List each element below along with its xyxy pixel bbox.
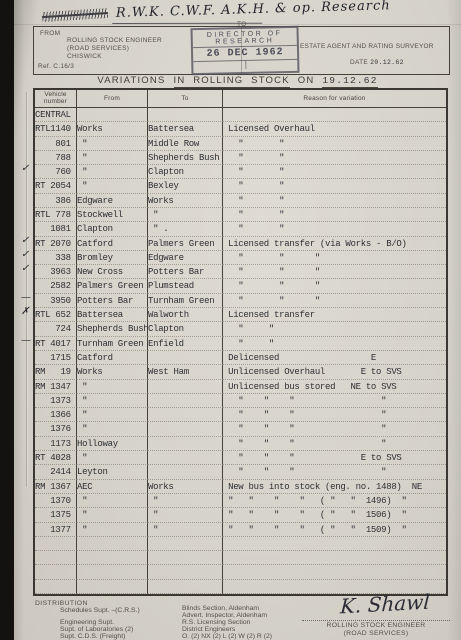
reason-cell — [223, 108, 446, 122]
distribution-list-1: Schedules Supt. –(C.R.S.)Engineering Sup… — [60, 607, 140, 640]
table-row: RTL 652BatterseaWalworth Licensed transf… — [35, 308, 446, 322]
vehicle-cell: RT 2070 — [35, 237, 77, 251]
from-cell: " — [77, 408, 148, 422]
handwritten-note-text: R.W.K. C.W.F. A.K.H. & op. Research — [116, 0, 391, 21]
vehicle-cell: 788 — [35, 151, 77, 165]
distribution-list-2: Blinds Section, AldenhamAdvert. Inspecto… — [182, 605, 272, 640]
table-row: RT 4017Turnham GreenEnfield " "— — [35, 337, 446, 351]
vehicle-cell: 1373 — [35, 394, 77, 408]
date-label: DATE — [350, 59, 368, 66]
col-header-vehicle: Vehicle number — [35, 90, 77, 107]
distribution-label: DISTRIBUTION — [35, 600, 88, 607]
col-header-from: From — [77, 90, 148, 107]
vehicle-cell: RM 1367 — [35, 480, 77, 494]
from-cell — [77, 108, 148, 122]
table-row: 1376 " " " " " — [35, 422, 446, 436]
reason-cell: " " " " ( " " 1506) " — [223, 508, 446, 522]
vehicle-cell: 1375 — [35, 508, 77, 522]
from-label: FROM — [40, 30, 60, 37]
table-row: 1375 " " " " " " ( " " 1506) " — [35, 508, 446, 522]
table-row: RT 2054 "Bexley " " — [35, 179, 446, 193]
distribution-item: Engineering Supt. — [60, 619, 140, 626]
reference-number: Ref. C.16/3 — [38, 63, 74, 70]
from-cell: Shepherds Bush — [77, 322, 148, 336]
received-stamp: DIRECTOR OF RESEARCH 26 DEC 1962 — [190, 26, 299, 75]
reason-cell — [223, 537, 446, 551]
table-row: RT 2070CatfordPalmers Green Licensed tra… — [35, 237, 446, 251]
table-row: 3950Potters BarTurnham Green " " "— — [35, 294, 446, 308]
col-header-to: To — [148, 90, 223, 107]
margin-mark: ✓ — [21, 235, 33, 246]
vehicle-cell — [35, 551, 77, 565]
vehicle-cell: RT 4028 — [35, 451, 77, 465]
distribution-item: Blinds Section, Aldenham — [182, 605, 272, 612]
vehicle-cell: 1366 — [35, 408, 77, 422]
scanned-document-sheet: R.W.K. C.W.F. A.K.H. & op. Research FROM… — [14, 0, 461, 640]
from-cell: " — [77, 451, 148, 465]
to-cell: Middle Row — [148, 137, 223, 151]
vehicle-cell: 3963 — [35, 265, 77, 279]
reason-cell: " " " — [223, 265, 446, 279]
table-row: 724Shepherds BushClapton " " — [35, 322, 446, 336]
table-row: RTL1140WorksBattersea Licensed Overhaul — [35, 122, 446, 136]
title-part2: IN ROLLING STOCK — [174, 75, 290, 88]
to-cell: " . — [148, 222, 223, 236]
date-value: 20.12.62 — [370, 59, 404, 66]
vehicle-cell: 724 — [35, 322, 77, 336]
vehicle-cell: 1376 — [35, 422, 77, 436]
title-part3: ON — [298, 75, 315, 86]
margin-mark: ✗ — [21, 306, 33, 317]
margin-mark: — — [21, 335, 33, 346]
to-cell: Clapton — [148, 165, 223, 179]
to-cell — [148, 108, 223, 122]
to-cell — [148, 451, 223, 465]
stamp-footer-band — [193, 60, 297, 70]
table-row: RT 4028 " " " " E to SVS — [35, 451, 446, 465]
table-row: RM 19WorksWest Ham Unlicensed Overhaul E… — [35, 365, 446, 379]
from-cell: " — [77, 137, 148, 151]
table-row: 1173Holloway " " " " — [35, 437, 446, 451]
to-cell: Works — [148, 194, 223, 208]
to-cell: " — [148, 508, 223, 522]
to-cell — [148, 380, 223, 394]
table-row: 2582Palmers GreenPlumstead " " " — [35, 279, 446, 293]
to-cell: " — [148, 208, 223, 222]
reason-cell: Unlicensed Overhaul E to SVS — [223, 365, 446, 379]
document-title: VARIATIONSIN ROLLING STOCKON19.12.62 — [14, 75, 461, 86]
table-row: 386EdgwareWorks " " — [35, 194, 446, 208]
to-cell: Battersea — [148, 122, 223, 136]
from-cell — [77, 537, 148, 551]
from-cell: AEC — [77, 480, 148, 494]
vehicle-cell: 1081 — [35, 222, 77, 236]
reason-cell: Licensed transfer (via Works - B/O) — [223, 237, 446, 251]
from-cell: New Cross — [77, 265, 148, 279]
to-cell — [148, 537, 223, 551]
date-line: DATE 20.12.62 — [350, 59, 404, 66]
reason-cell: " " " " — [223, 465, 446, 479]
vehicle-cell: 1715 — [35, 351, 77, 365]
to-cell — [148, 551, 223, 565]
vehicle-cell: RTL 778 — [35, 208, 77, 222]
table-row: 1366 " " " " " — [35, 408, 446, 422]
from-cell: Leyton — [77, 465, 148, 479]
vehicle-cell: RTL 652 — [35, 308, 77, 322]
vehicle-cell: RM 19 — [35, 365, 77, 379]
vehicle-cell: RT 2054 — [35, 179, 77, 193]
reason-cell: " " — [223, 137, 446, 151]
from-cell: " — [77, 165, 148, 179]
table-row: 1370 " " " " " " ( " " 1496) " — [35, 494, 446, 508]
from-cell — [77, 551, 148, 565]
sender-address: ROLLING STOCK ENGINEER (ROAD SERVICES) C… — [67, 37, 162, 61]
vehicle-cell: RTL1140 — [35, 122, 77, 136]
to-cell: West Ham — [148, 365, 223, 379]
table-row: 1377 " " " " " " ( " " 1509) " — [35, 523, 446, 537]
from-cell: Battersea — [77, 308, 148, 322]
to-cell: Walworth — [148, 308, 223, 322]
table-row: 338BromleyEdgware " " "✓ — [35, 251, 446, 265]
from-cell — [77, 565, 148, 579]
reason-cell: " " " " ( " " 1496) " — [223, 494, 446, 508]
reason-cell: " " " E to SVS — [223, 451, 446, 465]
vehicle-cell: 2414 — [35, 465, 77, 479]
table-row: 1081Clapton " . " " — [35, 222, 446, 236]
reason-cell: " " — [223, 322, 446, 336]
from-cell: " — [77, 394, 148, 408]
from-cell: " — [77, 179, 148, 193]
table-row: 760 "Clapton " "✓ — [35, 165, 446, 179]
to-cell: " — [148, 494, 223, 508]
table-row: 1373 " " " " " — [35, 394, 446, 408]
title-date: 19.12.62 — [322, 75, 377, 88]
from-cell: Holloway — [77, 437, 148, 451]
vehicle-cell: 801 — [35, 137, 77, 151]
table-row: 3963New CrossPotters Bar " " "✓ — [35, 265, 446, 279]
table-row: 801 "Middle Row " " — [35, 137, 446, 151]
reason-cell: " " — [223, 222, 446, 236]
vehicle-cell: 2582 — [35, 279, 77, 293]
table-header-row: Vehicle number From To Reason for variat… — [35, 90, 446, 108]
signatory-role-2: (ROAD SERVICES) — [302, 630, 450, 638]
vehicle-cell — [35, 580, 77, 594]
distribution-item: R.S. Licensing Section — [182, 619, 272, 626]
to-cell — [148, 437, 223, 451]
from-cell: Stockwell — [77, 208, 148, 222]
to-cell: Bexley — [148, 179, 223, 193]
margin-mark: ✓ — [21, 249, 33, 260]
vehicle-cell: 760 — [35, 165, 77, 179]
table-row: 788 "Shepherds Bush " " — [35, 151, 446, 165]
distribution-item: Supt. C.D.S. (Freight) — [60, 633, 140, 640]
reason-cell: " " " " ( " " 1509) " — [223, 523, 446, 537]
to-cell: Works — [148, 480, 223, 494]
from-cell: Catford — [77, 237, 148, 251]
to-cell — [148, 394, 223, 408]
vertical-crease — [26, 92, 27, 487]
signatory-role: ROLLING STOCK ENGINEER (ROAD SERVICES) — [302, 622, 450, 638]
addressee: ESTATE AGENT AND RATING SURVEYOR — [300, 43, 450, 50]
vehicle-cell: 1377 — [35, 523, 77, 537]
to-cell: Edgware — [148, 251, 223, 265]
margin-mark: ✓ — [21, 163, 33, 174]
to-cell: " — [148, 523, 223, 537]
title-part1: VARIATIONS — [97, 75, 165, 86]
to-cell — [148, 422, 223, 436]
reason-cell: " " — [223, 179, 446, 193]
reason-cell: " " " — [223, 279, 446, 293]
from-cell: Bromley — [77, 251, 148, 265]
distribution-item: Supt. of Laboratories (2) — [60, 626, 140, 633]
to-cell: Palmers Green — [148, 237, 223, 251]
from-cell: " — [77, 151, 148, 165]
vehicle-cell: CENTRAL — [35, 108, 77, 122]
from-cell: " — [77, 422, 148, 436]
col-header-reason: Reason for variation — [223, 90, 446, 107]
to-cell: Enfield — [148, 337, 223, 351]
table-row: RTL 778Stockwell " " " — [35, 208, 446, 222]
to-cell — [148, 465, 223, 479]
reason-cell: Delicensed E — [223, 351, 446, 365]
reason-cell: " " " — [223, 251, 446, 265]
reason-cell: New bus into stock (eng. no. 1488) NE — [223, 480, 446, 494]
reason-cell: Unlicensed bus stored NE to SVS — [223, 380, 446, 394]
reason-cell — [223, 565, 446, 579]
distribution-item: District Engineers — [182, 626, 272, 633]
table-row: 1715Catford Delicensed E — [35, 351, 446, 365]
to-cell: Turnham Green — [148, 294, 223, 308]
reason-cell: " " — [223, 194, 446, 208]
crossed-out-scribble — [42, 7, 108, 21]
vehicle-cell — [35, 565, 77, 579]
from-cell: " — [77, 523, 148, 537]
signature-line — [302, 620, 450, 621]
vehicle-cell: 1173 — [35, 437, 77, 451]
table-row — [35, 537, 446, 551]
from-cell: Works — [77, 122, 148, 136]
table-row: RM 1347 " Unlicensed bus stored NE to SV… — [35, 380, 446, 394]
vehicle-cell: 1370 — [35, 494, 77, 508]
vehicle-cell — [35, 537, 77, 551]
from-cell: Palmers Green — [77, 279, 148, 293]
from-cell: Clapton — [77, 222, 148, 236]
table-row: RM 1367AECWorks New bus into stock (eng.… — [35, 480, 446, 494]
table-row: CENTRAL — [35, 108, 446, 122]
from-cell: Catford — [77, 351, 148, 365]
from-cell: Potters Bar — [77, 294, 148, 308]
distribution-item: Advert. Inspector, Aldenham — [182, 612, 272, 619]
to-cell — [148, 565, 223, 579]
margin-mark: — — [21, 292, 33, 303]
table-row — [35, 565, 446, 579]
margin-mark: ✓ — [21, 263, 33, 274]
from-cell — [77, 580, 148, 594]
reason-cell: " " — [223, 208, 446, 222]
to-cell: Potters Bar — [148, 265, 223, 279]
variations-table: Vehicle number From To Reason for variat… — [33, 88, 448, 596]
distribution-item: Schedules Supt. –(C.R.S.) — [60, 607, 140, 614]
from-cell: " — [77, 494, 148, 508]
vehicle-cell: RT 4017 — [35, 337, 77, 351]
from-cell: " — [77, 508, 148, 522]
reason-cell: " " — [223, 165, 446, 179]
to-cell: Clapton — [148, 322, 223, 336]
table-row: 2414Leyton " " " " — [35, 465, 446, 479]
reason-cell: " " — [223, 151, 446, 165]
reason-cell: " " " " — [223, 394, 446, 408]
vehicle-cell: 338 — [35, 251, 77, 265]
vehicle-cell: 386 — [35, 194, 77, 208]
reason-cell: Licensed Overhaul — [223, 122, 446, 136]
to-cell: Shepherds Bush — [148, 151, 223, 165]
reason-cell: " " " — [223, 294, 446, 308]
vehicle-cell: RM 1347 — [35, 380, 77, 394]
reason-cell — [223, 551, 446, 565]
reason-cell: " " — [223, 337, 446, 351]
to-cell — [148, 580, 223, 594]
from-cell: Edgware — [77, 194, 148, 208]
distribution-item: O. (2) NX (2) L (2) W (2) R (2) — [182, 633, 272, 640]
to-cell — [148, 351, 223, 365]
from-cell: " — [77, 380, 148, 394]
to-cell: Plumstead — [148, 279, 223, 293]
table-row — [35, 551, 446, 565]
signatory-role-1: ROLLING STOCK ENGINEER — [302, 622, 450, 630]
from-cell: Turnham Green — [77, 337, 148, 351]
reason-cell: Licensed transfer — [223, 308, 446, 322]
to-cell — [148, 408, 223, 422]
reason-cell: " " " " — [223, 437, 446, 451]
from-cell: Works — [77, 365, 148, 379]
vehicle-cell: 3950 — [35, 294, 77, 308]
reason-cell: " " " " — [223, 408, 446, 422]
reason-cell: " " " " — [223, 422, 446, 436]
